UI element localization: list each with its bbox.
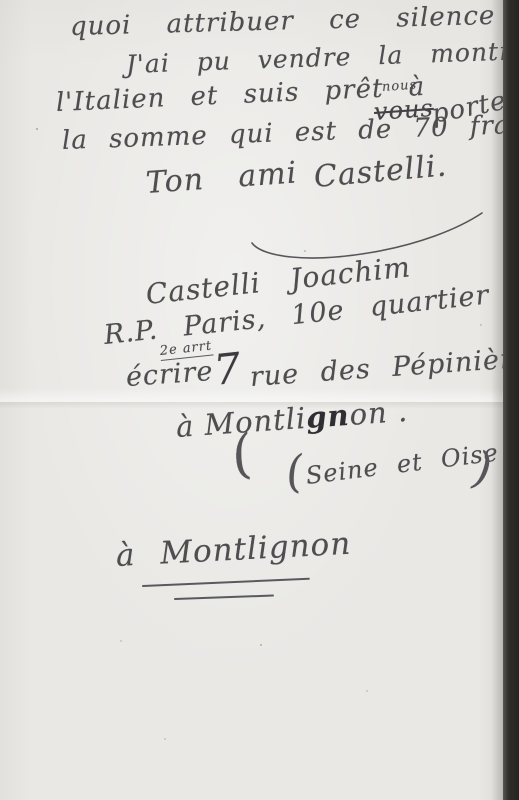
address-line-3-part3: on . xyxy=(348,394,409,432)
scan-background-edge xyxy=(503,0,519,800)
address-line-3-part2: gn xyxy=(305,398,351,435)
letter-line-3-inserted-word: nous xyxy=(381,78,417,95)
address-line-2-word: écrire xyxy=(125,356,214,393)
letter-line-4: la somme qui est de 70 francs . xyxy=(61,108,519,156)
letter-closing: Ton ami xyxy=(145,155,299,200)
final-line-underline-2 xyxy=(174,595,274,600)
region-open-paren: ( xyxy=(283,446,306,499)
letter-line-2: J'ai pu vendre la montre de xyxy=(125,34,519,79)
address-final-line: à Montlignon xyxy=(115,526,352,574)
letter-line-1: quoi attribuer ce silence , xyxy=(70,0,519,42)
address-line-2-number: 7 xyxy=(211,343,244,395)
final-line-underline-1 xyxy=(142,578,310,587)
address-line-2-street: rue des Pépinières xyxy=(249,341,519,393)
letter-signature: Castelli. xyxy=(312,148,448,194)
letter-line-3-start: l'Italien et suis prêt à xyxy=(55,72,425,118)
paper-dust-specks xyxy=(36,128,38,130)
paper-edge-shadow xyxy=(491,0,503,800)
handwritten-letter-page: quoi attribuer ce silence , J'ai pu vend… xyxy=(0,0,519,800)
